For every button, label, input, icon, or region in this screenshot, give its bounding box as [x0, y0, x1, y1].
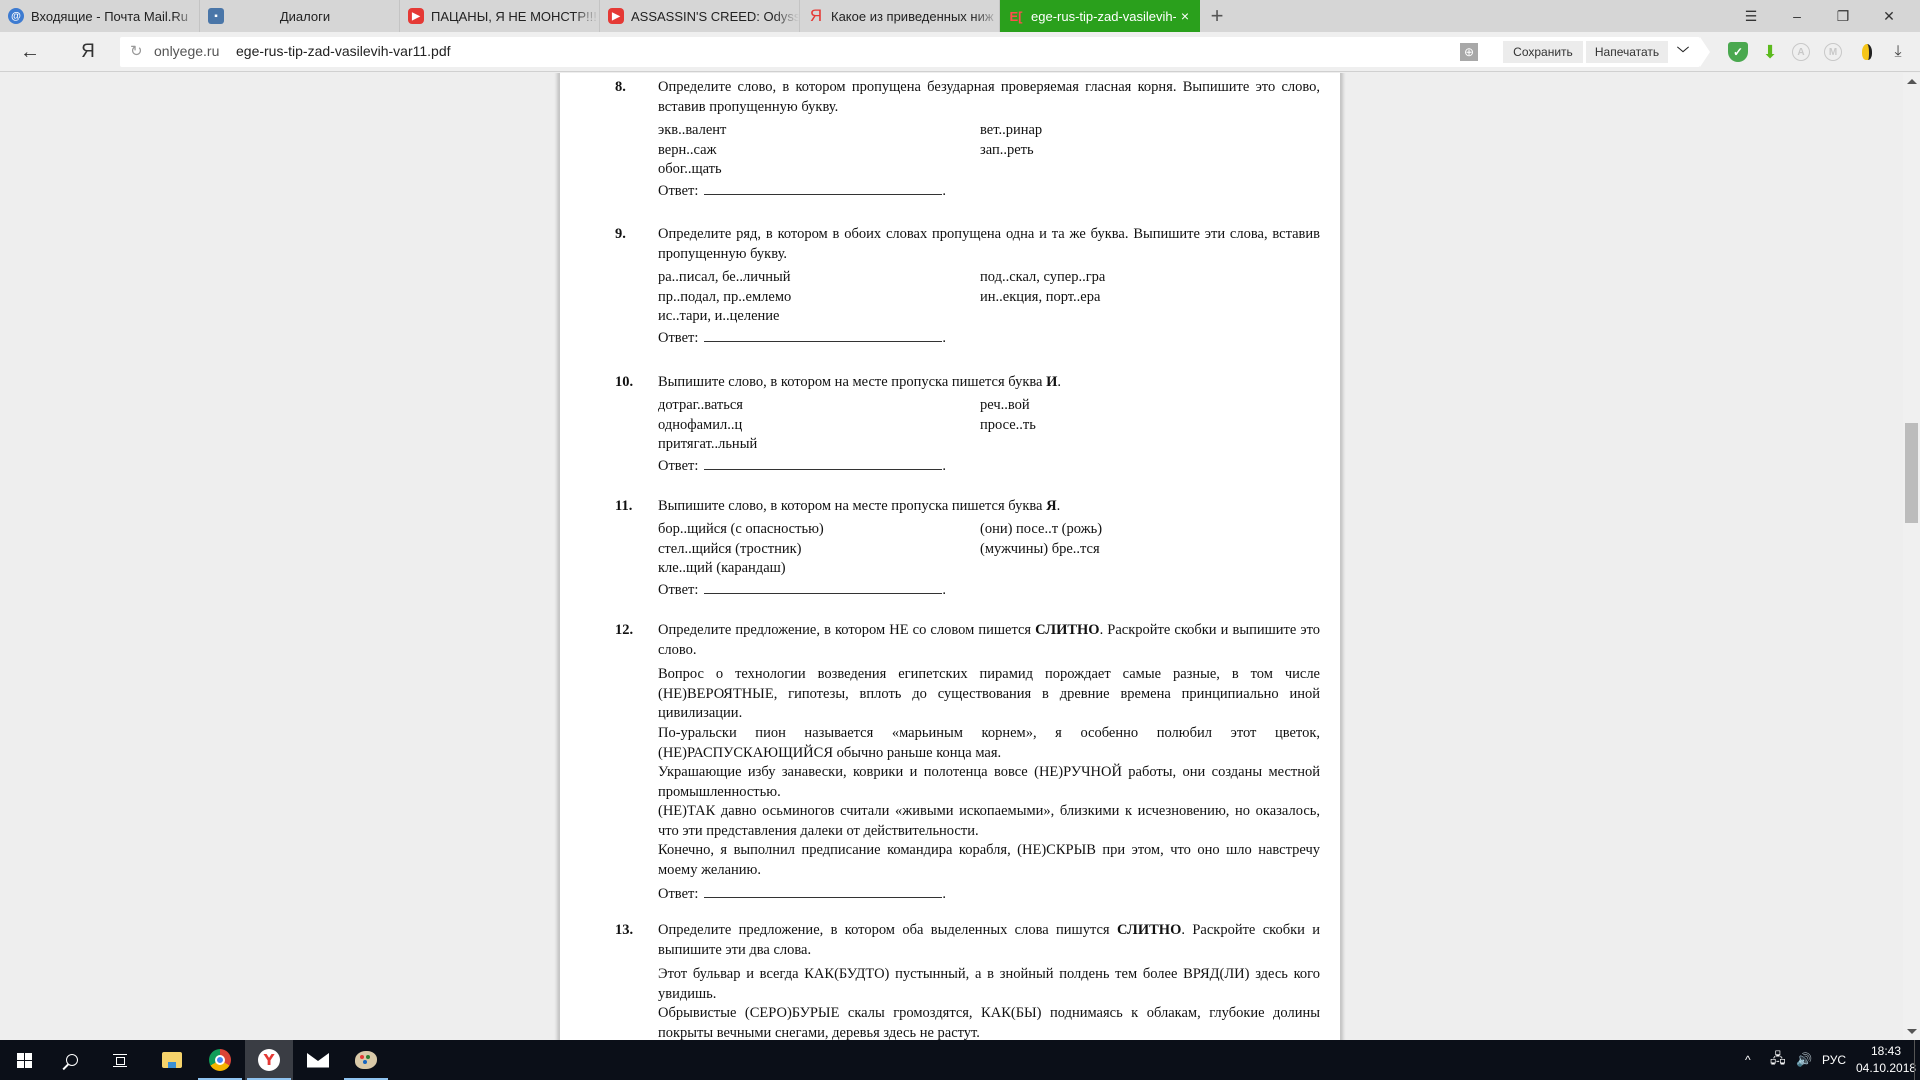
- start-button[interactable]: [0, 1040, 48, 1080]
- option: вет..ринар: [980, 121, 1042, 141]
- browser-toolbar: ← Я ↻ onlyege.ru ege-rus-tip-zad-vasilev…: [0, 32, 1920, 72]
- windows-logo-icon: [17, 1053, 32, 1068]
- close-window-button[interactable]: ✕: [1866, 0, 1912, 32]
- vertical-scrollbar[interactable]: [1903, 73, 1920, 1040]
- sentence-4: (НЕ)ТАК давно осьминогов считали «живыми…: [658, 802, 1320, 841]
- tab-label: Диалоги: [231, 9, 399, 24]
- close-tab-icon[interactable]: ×: [1176, 8, 1194, 24]
- clock[interactable]: 18:43 04.10.2018: [1856, 1043, 1916, 1077]
- scrollbar-thumb[interactable]: [1905, 423, 1918, 523]
- show-desktop-button[interactable]: [1914, 1040, 1915, 1080]
- address-path: ege-rus-tip-zad-vasilevih-var11.pdf: [236, 43, 451, 59]
- new-tab-button[interactable]: +: [1205, 0, 1229, 32]
- language-indicator[interactable]: РУС: [1822, 1040, 1846, 1080]
- option: ис..тари, и..целение: [658, 307, 780, 327]
- mail-ru-icon: @: [8, 8, 24, 24]
- tab-pdf-active[interactable]: E[ ege-rus-tip-zad-vasilevih- ×: [1000, 0, 1200, 32]
- search-icon: [66, 1054, 78, 1066]
- option: (они) посе..т (рожь): [980, 520, 1102, 540]
- tray-chevron[interactable]: ^: [1745, 1040, 1751, 1080]
- bulb-extension-icon[interactable]: [1861, 42, 1873, 62]
- windows-taskbar: Y ^ 🖧 🔊 РУС 18:43 04.10.2018: [0, 1040, 1920, 1080]
- answer-label: Ответ:: [658, 458, 698, 474]
- question-text: Определите предложение, в котором НЕ со …: [658, 620, 1320, 660]
- option: реч..вой: [980, 396, 1030, 416]
- adguard-shield-icon[interactable]: ✓: [1728, 42, 1748, 62]
- yandex-icon: Я: [808, 8, 824, 24]
- answer-field[interactable]: Ответ:.: [658, 885, 946, 903]
- yandex-home-button[interactable]: Я: [78, 40, 98, 64]
- chrome-icon: [209, 1049, 231, 1071]
- network-icon[interactable]: 🖧: [1770, 1040, 1786, 1080]
- option: верн..саж: [658, 141, 717, 161]
- option: просе..ть: [980, 416, 1036, 436]
- tab-dialogs[interactable]: ▪ Диалоги: [200, 0, 400, 32]
- answer-label: Ответ:: [658, 183, 698, 199]
- yandex-browser-icon: Y: [258, 1049, 280, 1071]
- reload-icon[interactable]: ↻: [130, 42, 143, 60]
- question-text: Определите слово, в котором пропущена бе…: [658, 77, 1320, 117]
- question-number: 12.: [615, 622, 633, 639]
- tab-yandex[interactable]: Я Какое из приведенных ниж: [800, 0, 1000, 32]
- address-bar[interactable]: ↻ onlyege.ru ege-rus-tip-zad-vasilevih-v…: [120, 37, 1700, 67]
- question-number: 11.: [615, 498, 632, 515]
- tab-label: Какое из приведенных ниж: [831, 9, 999, 24]
- option: (мужчины) бре..тся: [980, 540, 1100, 560]
- tab-youtube-1[interactable]: ▶ ПАЦАНЫ, Я НЕ МОНСТР!!! ч: [400, 0, 600, 32]
- task-view-button[interactable]: [96, 1040, 144, 1080]
- mail-button[interactable]: [294, 1040, 342, 1080]
- yandex-browser-button[interactable]: Y: [245, 1040, 293, 1080]
- tab-label: ПАЦАНЫ, Я НЕ МОНСТР!!! ч: [431, 9, 599, 24]
- mail-icon: [307, 1053, 329, 1068]
- back-button[interactable]: ←: [18, 40, 42, 64]
- option: экв..валент: [658, 121, 726, 141]
- sentence-1: Этот бульвар и всегда КАК(БУДТО) пустынн…: [658, 965, 1320, 1004]
- minimize-button[interactable]: –: [1774, 0, 1820, 32]
- answer-field[interactable]: Ответ:.: [658, 182, 946, 200]
- question-number: 10.: [615, 374, 633, 391]
- answer-field[interactable]: Ответ:.: [658, 329, 946, 347]
- clock-time: 18:43: [1856, 1043, 1916, 1060]
- clock-date: 04.10.2018: [1856, 1060, 1916, 1077]
- sentence-2: Обрывистые (СЕРО)БУРЫЕ скалы громоздятся…: [658, 1004, 1320, 1040]
- pdf-viewer: 8. Определите слово, в котором пропущена…: [0, 73, 1920, 1040]
- a-extension-icon[interactable]: A: [1792, 43, 1810, 61]
- question-number: 13.: [615, 922, 633, 939]
- browser-menu-button[interactable]: ☰: [1728, 0, 1774, 32]
- question-number: 8.: [615, 79, 626, 96]
- downloads-icon[interactable]: ⤓: [1888, 42, 1908, 62]
- m-extension-icon[interactable]: M: [1824, 43, 1842, 61]
- tab-strip: @ Входящие - Почта Mail.Ru ▪ Диалоги ▶ П…: [0, 0, 1920, 32]
- save-button[interactable]: Сохранить: [1503, 41, 1583, 63]
- answer-label: Ответ:: [658, 886, 698, 902]
- option: ра..писал, бе..личный: [658, 268, 791, 288]
- globe-icon[interactable]: ⊕: [1460, 43, 1478, 61]
- savefrom-download-icon[interactable]: ⬇: [1760, 42, 1780, 62]
- option: кле..щий (карандаш): [658, 559, 786, 579]
- option: под..скал, супер..гра: [980, 268, 1105, 288]
- chevron-down-icon[interactable]: ﹀: [1672, 41, 1694, 63]
- sentence-1: Вопрос о технологии возведения египетски…: [658, 665, 1320, 724]
- sentence-5: Конечно, я выполнил предписание командир…: [658, 841, 1320, 880]
- file-explorer-button[interactable]: [148, 1040, 196, 1080]
- option: дотраг..ваться: [658, 396, 743, 416]
- address-host: onlyege.ru: [154, 43, 219, 59]
- option: стел..щийся (тростник): [658, 540, 801, 560]
- question-text: Определите ряд, в котором в обоих словах…: [658, 224, 1320, 264]
- youtube-icon: ▶: [608, 8, 624, 24]
- sentence-3: Украшающие избу занавески, коврики и пол…: [658, 763, 1320, 802]
- omnibox-tail: [1700, 37, 1710, 67]
- restore-button[interactable]: ❐: [1820, 0, 1866, 32]
- question-number: 9.: [615, 226, 626, 243]
- answer-field[interactable]: Ответ:.: [658, 457, 946, 475]
- question-text: Выпишите слово, в котором на месте пропу…: [658, 372, 1320, 392]
- option: притягат..льный: [658, 435, 757, 455]
- scroll-up-arrow-icon[interactable]: [1907, 79, 1917, 84]
- sentence-2: По-уральски пион называется «марьиным ко…: [658, 724, 1320, 763]
- option: обог..щать: [658, 160, 722, 180]
- answer-label: Ответ:: [658, 330, 698, 346]
- option: зап..реть: [980, 141, 1034, 161]
- volume-icon[interactable]: 🔊: [1796, 1040, 1812, 1080]
- answer-label: Ответ:: [658, 582, 698, 598]
- tab-label: ASSASSIN'S CREED: Odyssey: [631, 9, 799, 24]
- tab-youtube-2[interactable]: ▶ ASSASSIN'S CREED: Odyssey: [600, 0, 800, 32]
- search-button[interactable]: [48, 1040, 96, 1080]
- option: однофамил..ц: [658, 416, 742, 436]
- pdf-page: 8. Определите слово, в котором пропущена…: [560, 73, 1340, 1040]
- question-text: Определите предложение, в котором оба вы…: [658, 920, 1320, 960]
- folder-icon: [162, 1052, 182, 1068]
- option: ин..екция, порт..ера: [980, 288, 1100, 308]
- pdf-icon: E[: [1008, 8, 1024, 24]
- tab-mail[interactable]: @ Входящие - Почта Mail.Ru: [0, 0, 200, 32]
- answer-field[interactable]: Ответ:.: [658, 581, 946, 599]
- vk-messages-icon: ▪: [208, 8, 224, 24]
- scroll-down-arrow-icon[interactable]: [1907, 1029, 1917, 1034]
- paint-palette-icon: [355, 1051, 377, 1069]
- print-button[interactable]: Напечатать: [1586, 41, 1668, 63]
- paint-button[interactable]: [342, 1040, 390, 1080]
- chrome-button[interactable]: [196, 1040, 244, 1080]
- question-text: Выпишите слово, в котором на месте пропу…: [658, 496, 1320, 516]
- option: пр..подал, пр..емлемо: [658, 288, 791, 308]
- tab-label: Входящие - Почта Mail.Ru: [31, 9, 199, 24]
- youtube-icon: ▶: [408, 8, 424, 24]
- tab-label: ege-rus-tip-zad-vasilevih-: [1031, 9, 1176, 24]
- task-view-icon: [113, 1054, 127, 1067]
- option: бор..щийся (с опасностью): [658, 520, 824, 540]
